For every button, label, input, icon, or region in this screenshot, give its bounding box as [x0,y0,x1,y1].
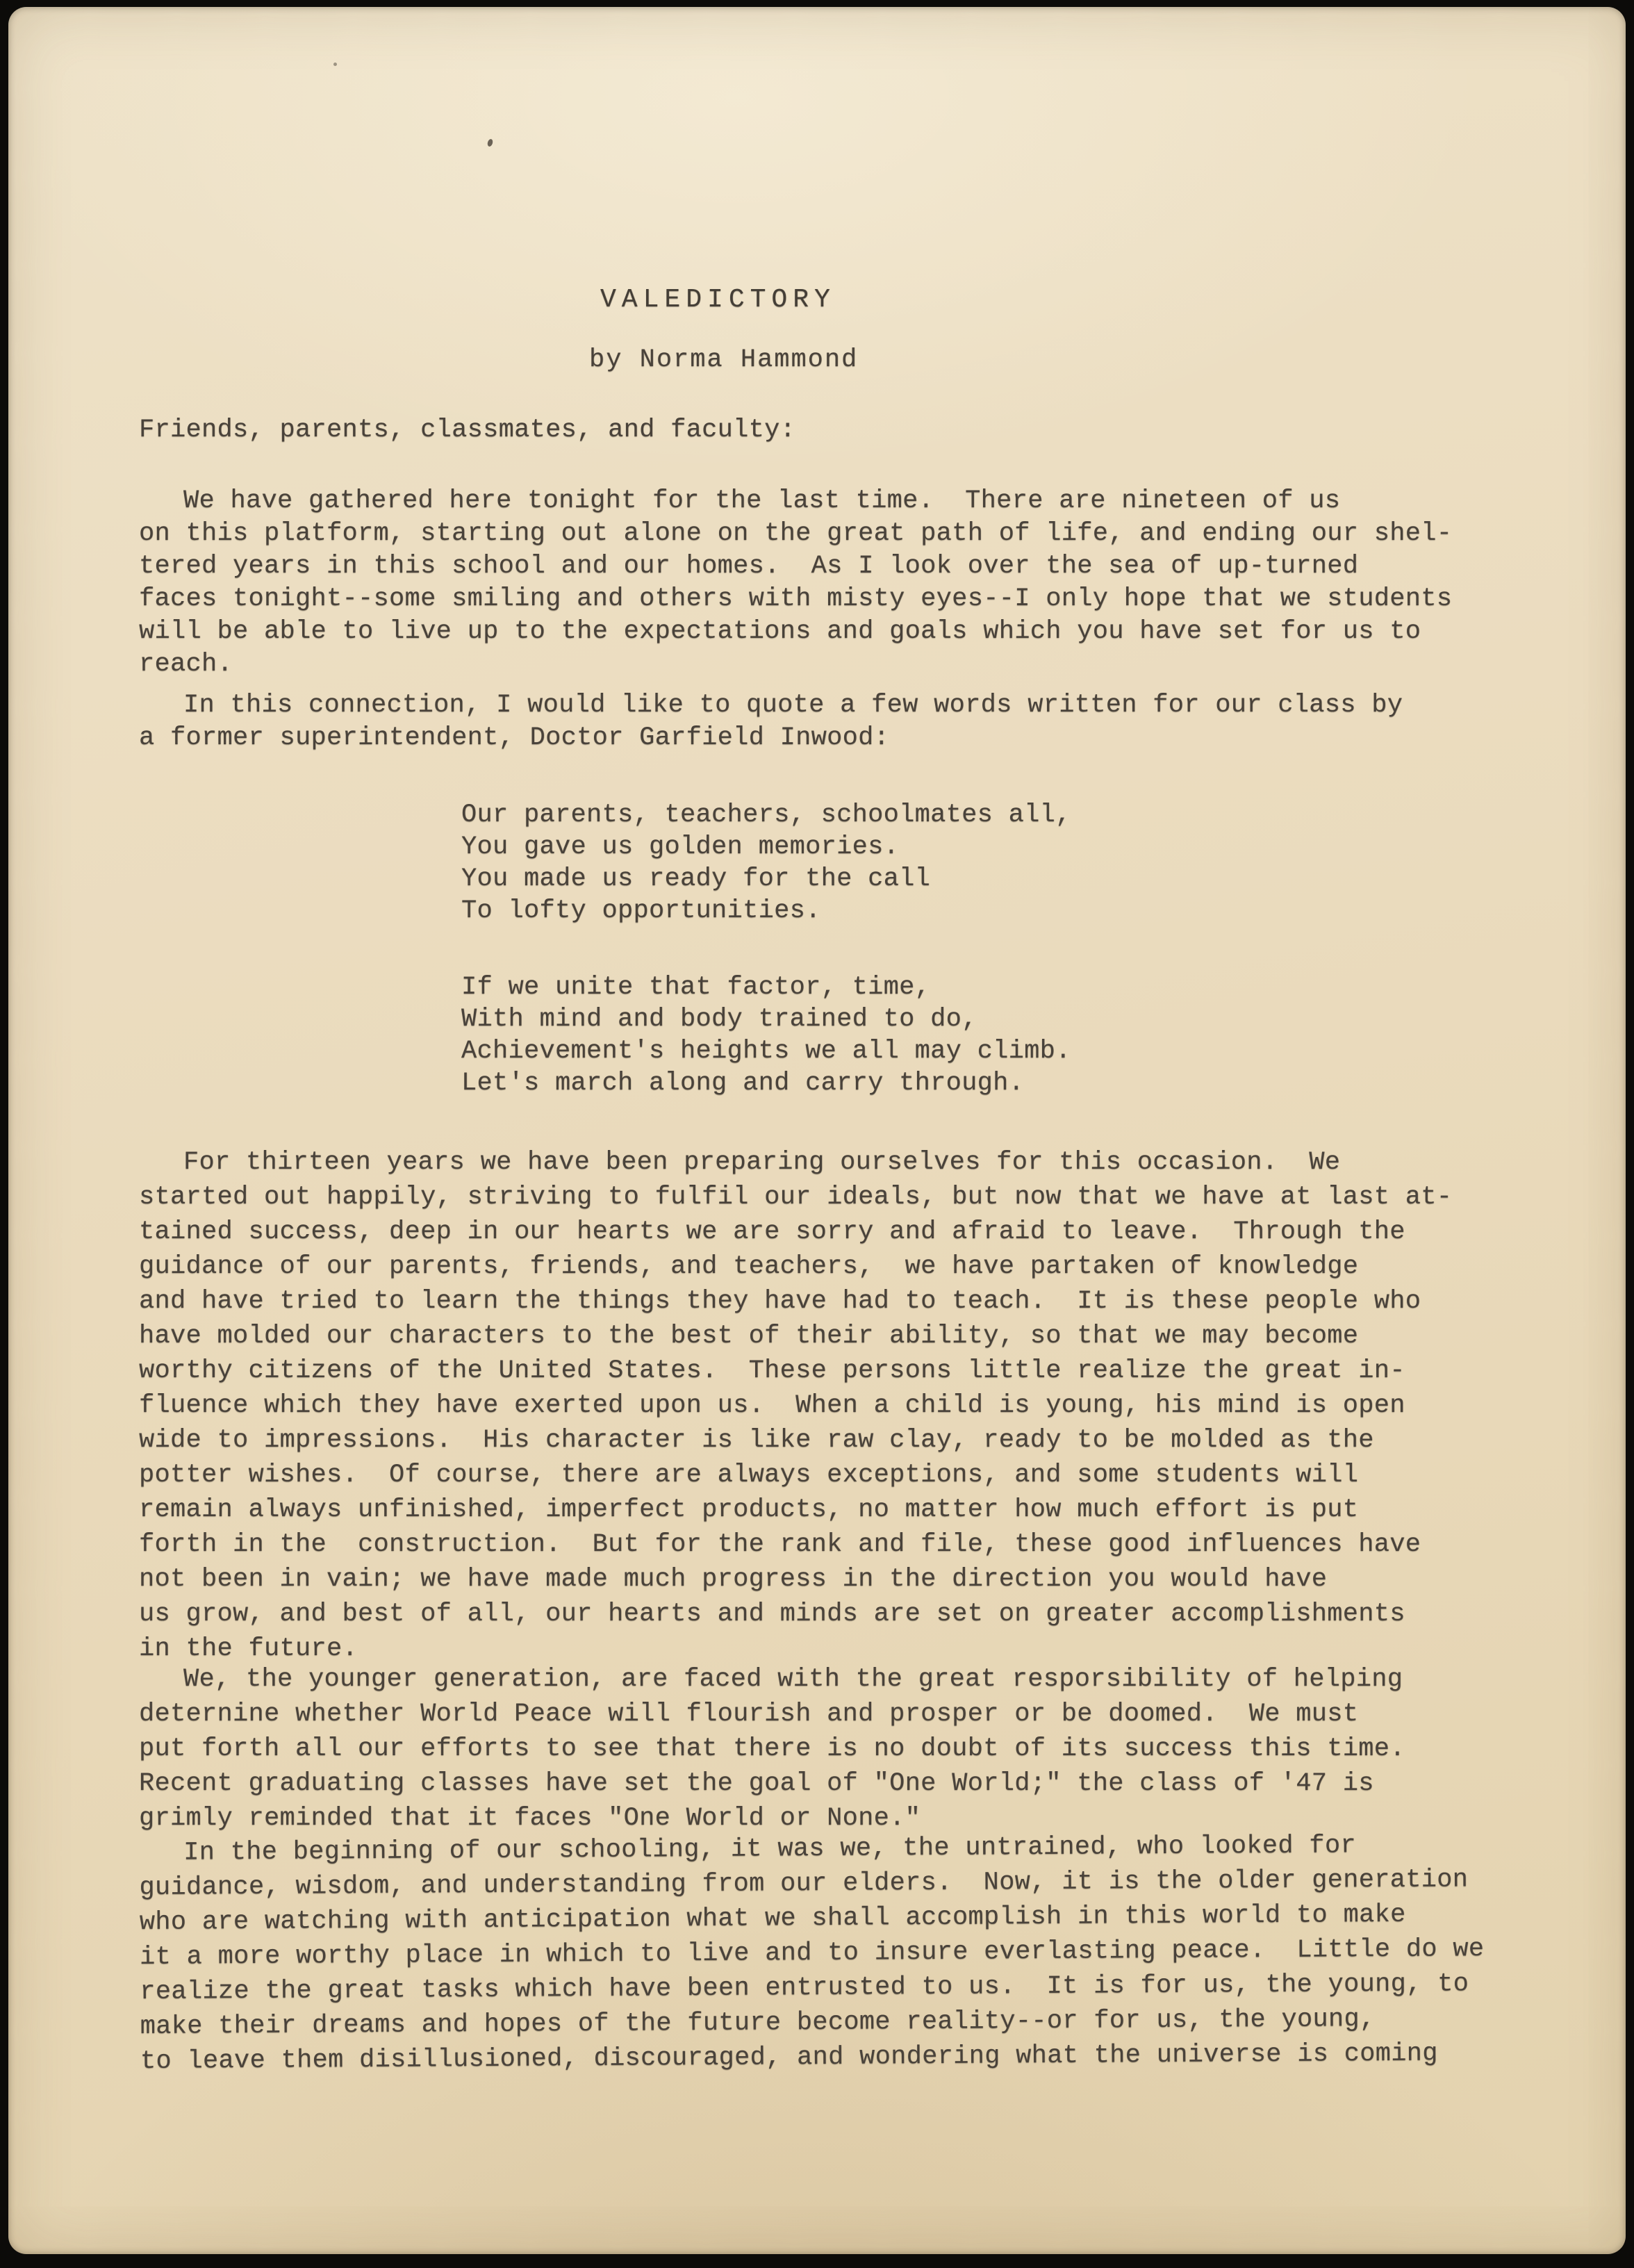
paragraph-beginning: In the beginning of our schooling, it wa… [139,1827,1523,2079]
paper-speck [486,138,493,147]
paragraph-opening: We have gathered here tonight for the la… [139,485,1521,681]
salutation: Friends, parents, classmates, and facult… [139,416,795,445]
paragraph-world-peace: We, the younger generation, are faced wi… [139,1662,1521,1836]
scanned-page: VALEDICTORY by Norma Hammond Friends, pa… [8,7,1626,2254]
byline: by Norma Hammond [589,345,858,375]
paper-speck [333,63,337,66]
poem-stanza-1: Our parents, teachers, schoolmates all, … [461,799,1071,927]
paragraph-quote-intro: In this connection, I would like to quot… [139,689,1521,755]
poem-stanza-2: If we unite that factor, time, With mind… [461,971,1071,1099]
document-title: VALEDICTORY [600,285,836,315]
paragraph-preparation: For thirteen years we have been preparin… [139,1145,1521,1666]
